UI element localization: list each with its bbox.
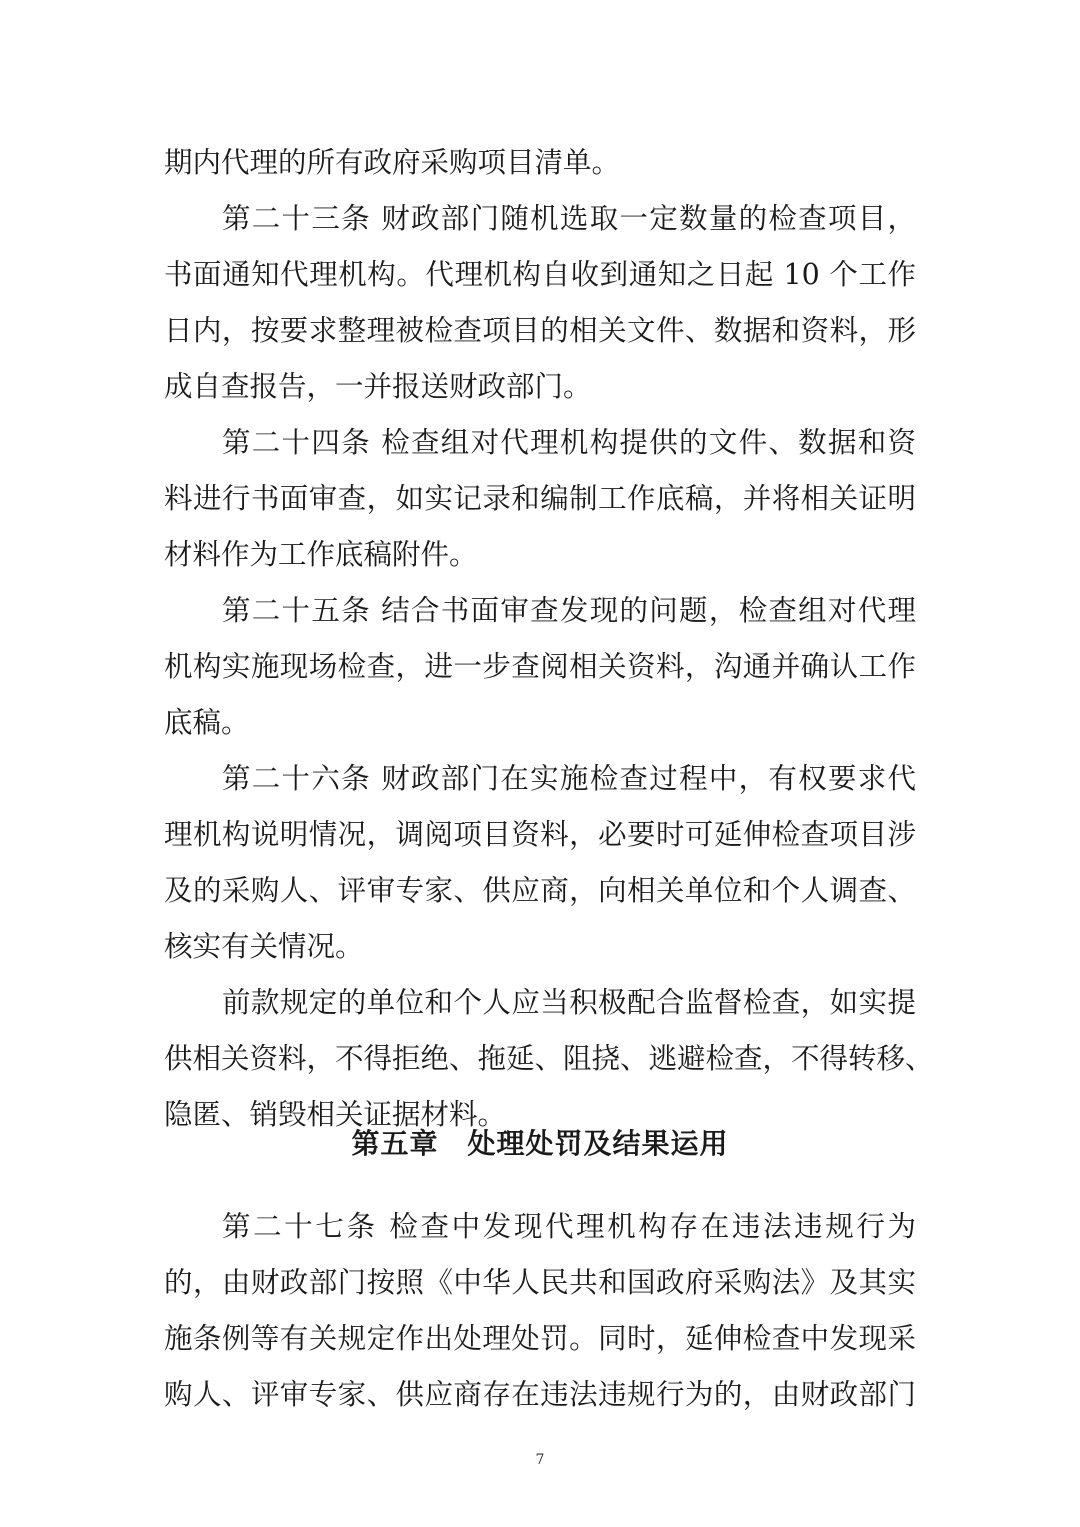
text-line: 施条例等有关规定作出处理处罚。同时，延伸检查中发现采: [164, 1319, 916, 1359]
text-line: 书面通知代理机构。代理机构自收到通知之日起 10 个工作: [164, 255, 916, 295]
text-line: 料进行书面审查，如实记录和编制工作底稿，并将相关证明: [164, 479, 916, 519]
text-line: 核实有关情况。: [164, 927, 916, 967]
text-line: 的，由财政部门按照《中华人民共和国政府采购法》及其实: [164, 1263, 916, 1303]
text-line: 机构实施现场检查，进一步查阅相关资料，沟通并确认工作: [164, 647, 916, 687]
article-23-heading-line: 第二十三条 财政部门随机选取一定数量的检查项目，: [222, 199, 916, 239]
text-line: 材料作为工作底稿附件。: [164, 535, 916, 575]
document-page: 期内代理的所有政府采购项目清单。 第二十三条 财政部门随机选取一定数量的检查项目…: [0, 0, 1080, 1527]
chapter-heading: 第五章 处理处罚及结果运用: [0, 1124, 1080, 1164]
text-line: 期内代理的所有政府采购项目清单。: [164, 143, 916, 183]
article-26-heading-line: 第二十六条 财政部门在实施检查过程中，有权要求代: [222, 759, 916, 799]
text-line: 日内，按要求整理被检查项目的相关文件、数据和资料，形: [164, 311, 916, 351]
article-24-heading-line: 第二十四条 检查组对代理机构提供的文件、数据和资: [222, 423, 916, 463]
text-line: 底稿。: [164, 703, 916, 743]
text-line: 理机构说明情况，调阅项目资料，必要时可延伸检查项目涉: [164, 815, 916, 855]
text-line: 购人、评审专家、供应商存在违法违规行为的，由财政部门: [164, 1375, 916, 1415]
text-line: 及的采购人、评审专家、供应商，向相关单位和个人调查、: [164, 871, 916, 911]
text-line: 成自查报告，一并报送财政部门。: [164, 367, 916, 407]
text-line: 供相关资料，不得拒绝、拖延、阻挠、逃避检查，不得转移、: [164, 1039, 916, 1079]
article-25-heading-line: 第二十五条 结合书面审查发现的问题，检查组对代理: [222, 591, 916, 631]
page-number: 7: [0, 1452, 1080, 1468]
article-27-heading-line: 第二十七条 检查中发现代理机构存在违法违规行为: [222, 1207, 916, 1247]
paragraph-first-line: 前款规定的单位和个人应当积极配合监督检查，如实提: [222, 983, 916, 1023]
